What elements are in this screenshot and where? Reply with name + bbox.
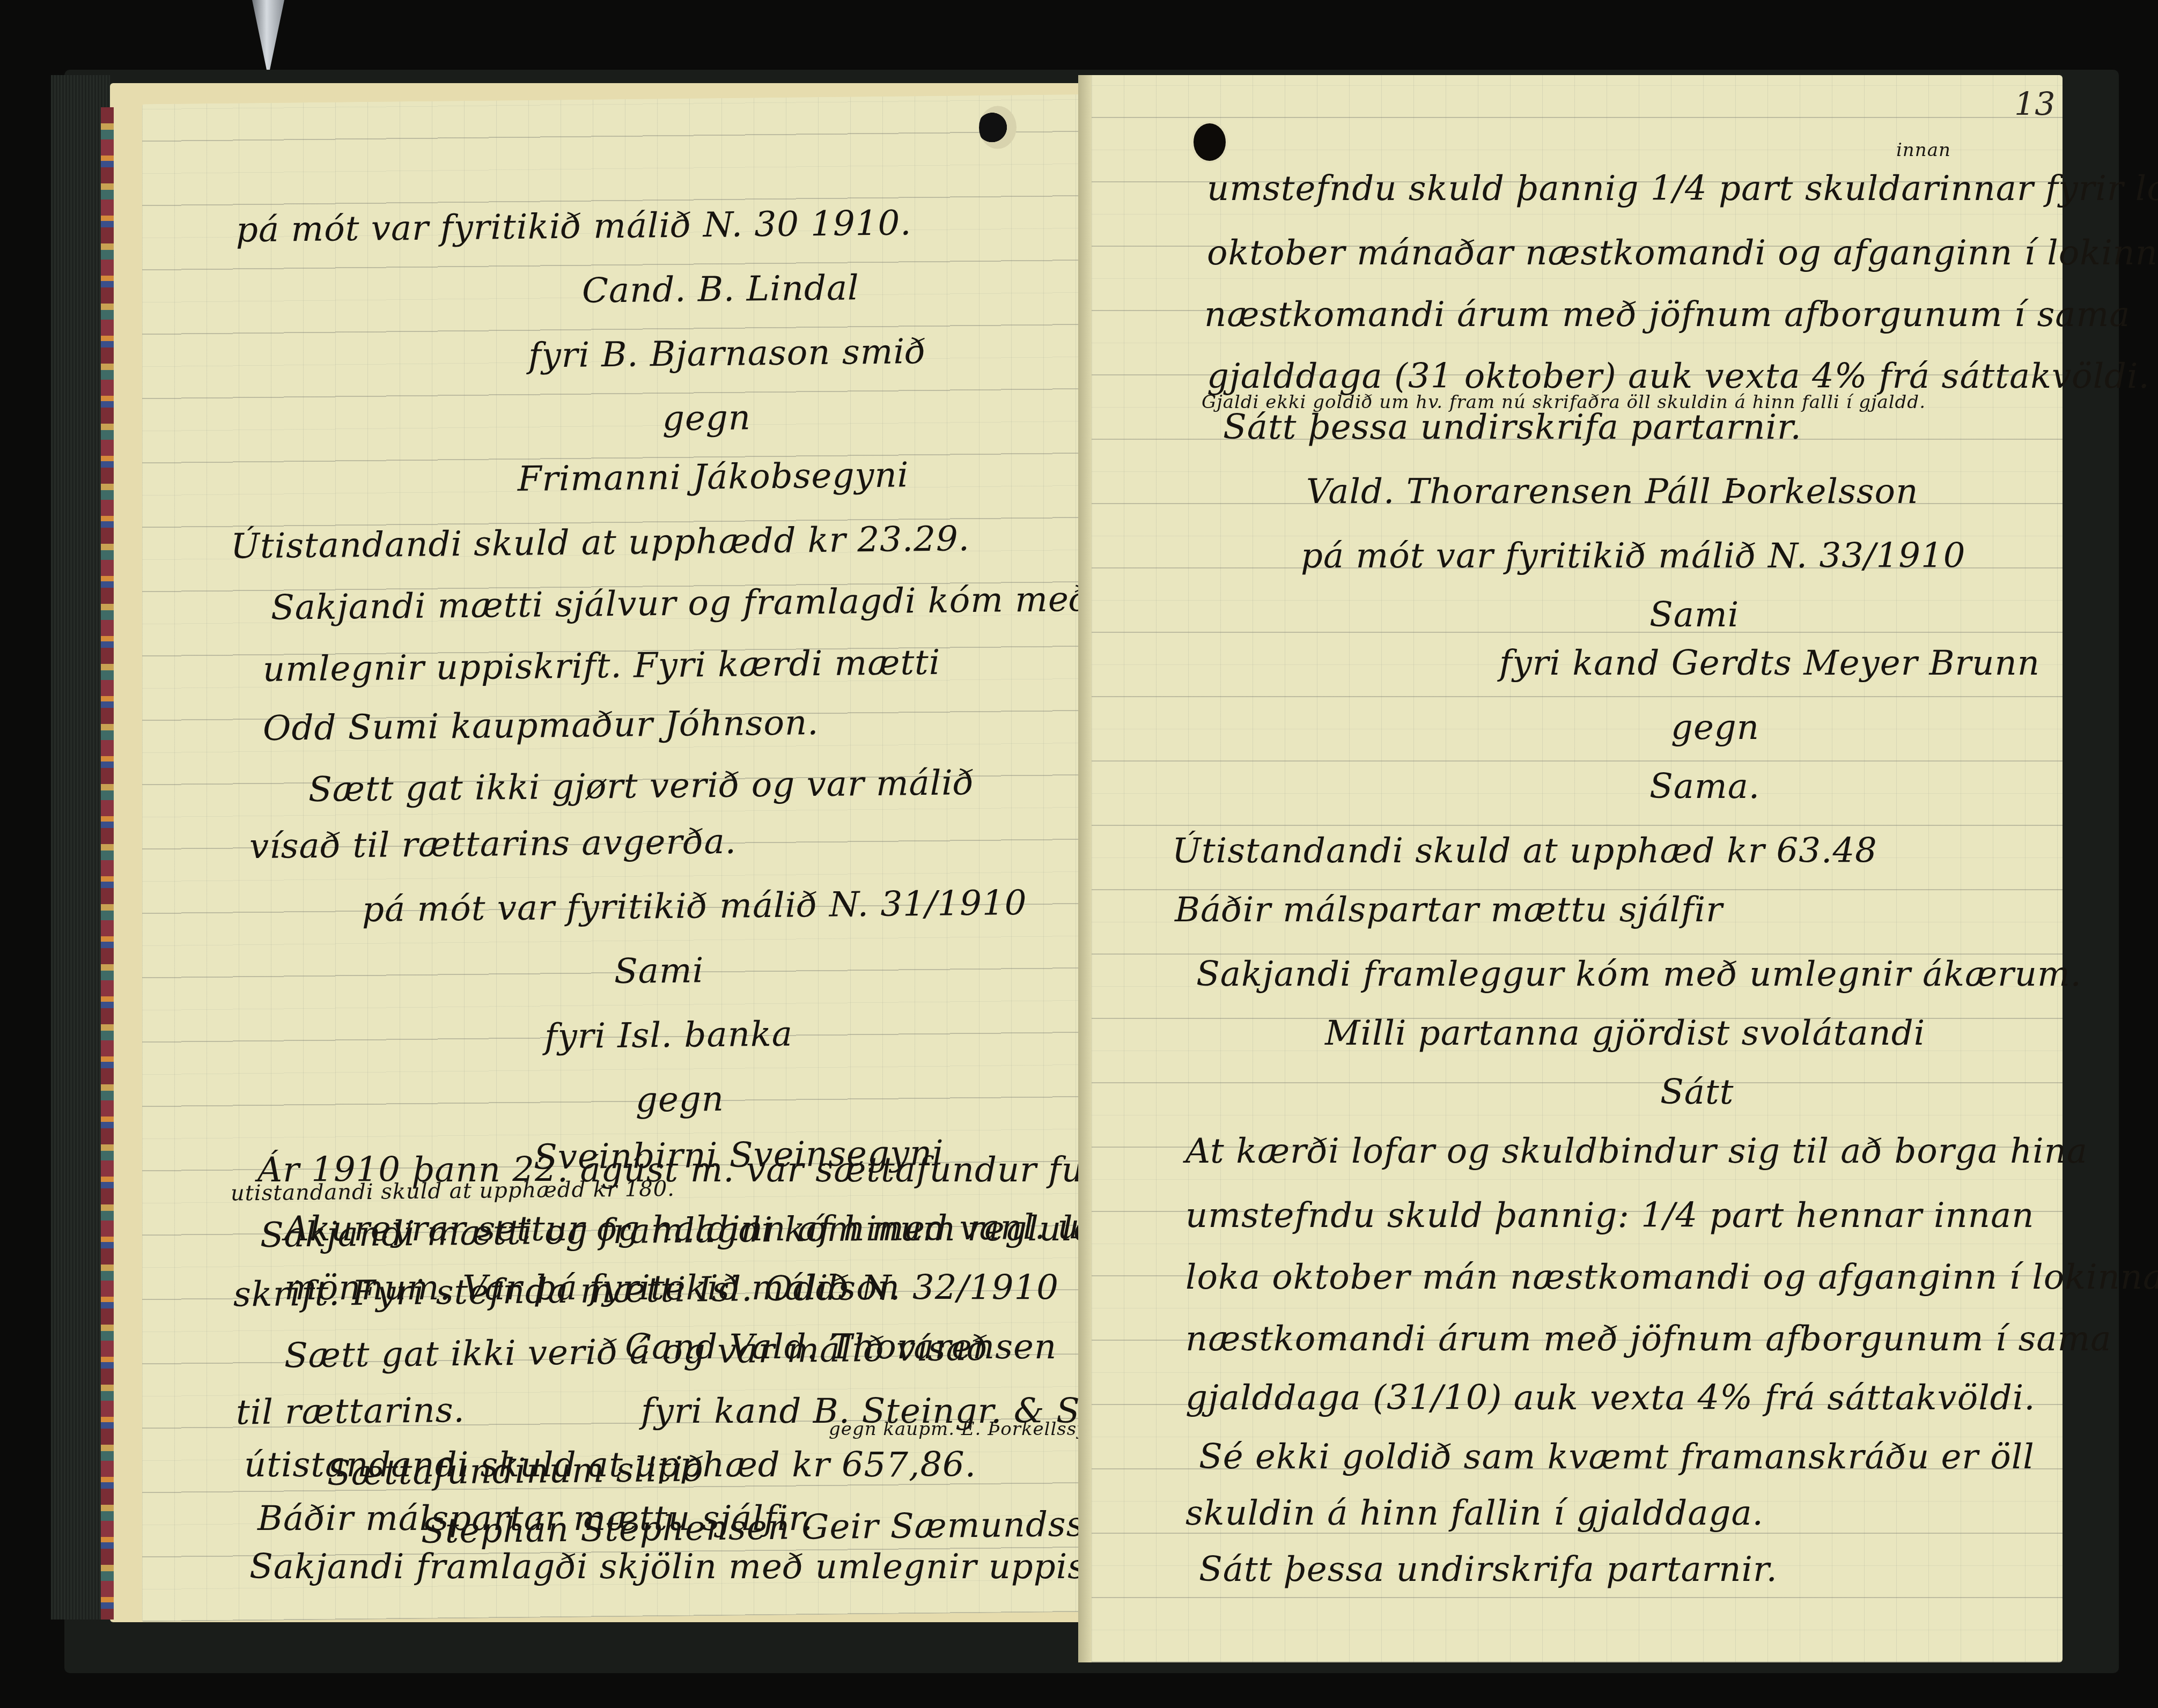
line: mönnum. Var þá fyritekið málið N. 32/191… bbox=[284, 1268, 1059, 1308]
marbled-edge bbox=[101, 107, 114, 1620]
line: Sakjandi framlagði skjölin með umlegnir … bbox=[249, 1547, 1163, 1587]
right-page-entry-34 bbox=[1092, 75, 2063, 1662]
line: Cand Vald. Thorarensen bbox=[625, 1327, 1057, 1367]
page-weight-blade bbox=[252, 0, 284, 70]
margin-annotation: gegn kaupm. E. Þorkellssyni bbox=[829, 1418, 1106, 1440]
line: Báðir málspartar mættu sjálfir. bbox=[257, 1499, 813, 1539]
line: Ár 1910 þann 22. ágúst m. var sættafundu… bbox=[257, 1150, 1169, 1190]
line: útistandandi skuld at upphæd kr 657,86. bbox=[244, 1445, 976, 1485]
left-page-lower: Ár 1910 þann 22. ágúst m. var sættafundu… bbox=[142, 99, 1092, 1617]
